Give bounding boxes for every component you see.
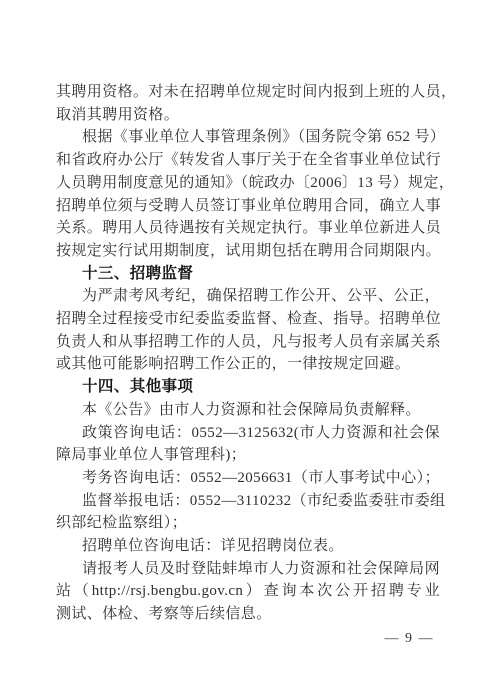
para-policy-phone-line2: 障局事业单位人事管理科)； (56, 444, 440, 467)
para-interpretation: 本《公告》由市人力资源和社会保障局负责解释。 (56, 399, 440, 422)
para-report-phone-line1: 监督举报电话：0552—3110232（市纪委监委驻市委组 (56, 490, 440, 513)
section-heading-recruitment-supervision: 十三、招聘监督 (56, 263, 440, 286)
document-page: 其聘用资格。对未在招聘单位规定时间内报到上班的人员， 取消其聘用资格。 根据《事… (0, 0, 495, 700)
section-heading-other-matters: 十四、其他事项 (56, 376, 440, 399)
para-website-line3: 测试、体检、考察等后续信息。 (56, 603, 440, 626)
para-report-phone-line2: 织部纪检监察组）； (56, 512, 440, 535)
para-employment-contract-line6: 按规定实行试用期制度，试用期包括在聘用合同期限内。 (56, 240, 440, 263)
para-supervision-line4: 或其他可能影响招聘工作公正的，一律按规定回避。 (56, 353, 440, 376)
para-employment-contract-line4: 招聘单位须与受聘人员签订事业单位聘用合同，确立人事 (56, 195, 440, 218)
para-employment-contract-line1: 根据《事业单位人事管理条例》（国务院令第 652 号） (56, 126, 440, 149)
para-website-line2: 站（http://rsj.bengbu.gov.cn）查询本次公开招聘专业 (56, 580, 440, 603)
para-employment-contract-line3: 人员聘用制度意见的通知》（皖政办〔2006〕13 号）规定， (56, 172, 440, 195)
para-exam-phone: 考务咨询电话：0552—2056631（市人事考试中心）； (56, 467, 440, 490)
para-policy-phone-line1: 政策咨询电话：0552—3125632(市人力资源和社会保 (56, 422, 440, 445)
para-revoke-qualification-line2: 取消其聘用资格。 (56, 104, 440, 127)
para-supervision-line1: 为严肃考风考纪，确保招聘工作公开、公平、公正， (56, 285, 440, 308)
para-employment-contract-line2: 和省政府办公厅《转发省人事厅关于在全省事业单位试行 (56, 149, 440, 172)
para-unit-phone: 招聘单位咨询电话：详见招聘岗位表。 (56, 535, 440, 558)
para-supervision-line3: 负责人和从事招聘工作的人员，凡与报考人员有亲属关系 (56, 331, 440, 354)
page-number: — 9 — (56, 630, 440, 648)
para-employment-contract-line5: 关系。聘用人员待遇按有关规定执行。事业单位新进人员 (56, 217, 440, 240)
para-revoke-qualification-line1: 其聘用资格。对未在招聘单位规定时间内报到上班的人员， (56, 81, 440, 104)
para-supervision-line2: 招聘全过程接受市纪委监委监督、检查、指导。招聘单位 (56, 308, 440, 331)
para-website-line1: 请报考人员及时登陆蚌埠市人力资源和社会保障局网 (56, 558, 440, 581)
